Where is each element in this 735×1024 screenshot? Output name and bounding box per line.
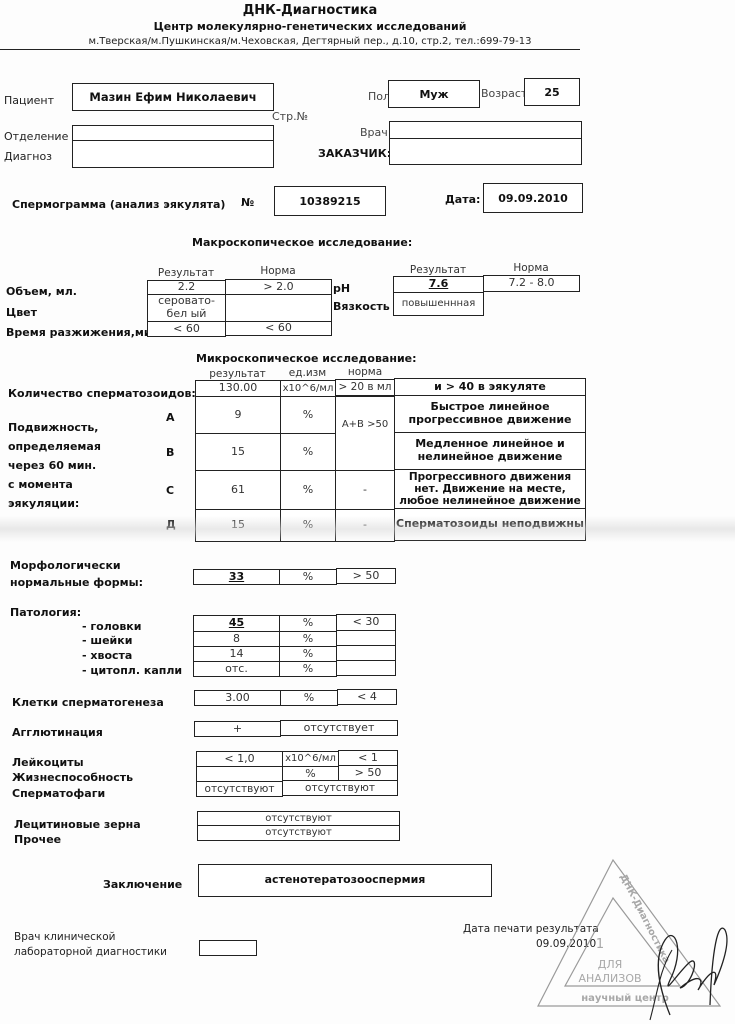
agglutination-label: Агглютинация bbox=[12, 726, 103, 739]
test-title: Спермограмма (анализ эякулята) bbox=[12, 198, 225, 211]
diagnosis-field bbox=[72, 140, 274, 168]
department-field bbox=[72, 125, 274, 141]
pathology-tail-norm bbox=[336, 645, 396, 661]
micro-col-norm: норма bbox=[335, 366, 395, 378]
leukocytes-unit: x10^6/мл bbox=[282, 751, 339, 767]
pathology-neck-norm bbox=[336, 630, 396, 646]
morphology-label-1: Морфологически bbox=[10, 559, 121, 572]
conclusion-value: астенотератозооспермия bbox=[198, 864, 492, 897]
pathology-head-norm: < 30 bbox=[336, 614, 396, 631]
ph-col-norm: Норма bbox=[483, 262, 579, 274]
sperm-count-norm: > 20 в мл bbox=[335, 379, 395, 396]
color-label: Цвет bbox=[6, 306, 37, 319]
motility-grade-c: С bbox=[166, 484, 174, 497]
patient-name-field: Мазин Ефим Николаевич bbox=[72, 83, 274, 111]
svg-text:1: 1 bbox=[596, 937, 604, 952]
department-label: Отделение bbox=[4, 130, 68, 143]
sex-field: Муж bbox=[388, 80, 480, 108]
morphology-norm: > 50 bbox=[336, 568, 396, 584]
spermatophages-norm: отсутствуют bbox=[282, 780, 398, 796]
leukocytes-label: Лейкоциты bbox=[12, 756, 84, 769]
pathology-droplet-result: отс. bbox=[193, 661, 280, 677]
motility-c-result: 61 bbox=[195, 470, 281, 510]
volume-result: 2.2 bbox=[147, 280, 226, 295]
pathology-head-label: - головки bbox=[82, 620, 141, 633]
pathology-neck-result: 8 bbox=[193, 631, 280, 647]
pathology-droplet-norm bbox=[336, 660, 396, 676]
pathology-tail-unit: % bbox=[279, 646, 337, 662]
ph-norm: 7.2 - 8.0 bbox=[483, 275, 580, 292]
morphology-result: 33 bbox=[193, 569, 280, 585]
micro-section-title: Микроскопическое исследование: bbox=[196, 352, 417, 365]
spermatogenesis-result: 3.00 bbox=[194, 690, 281, 706]
other-label: Прочее bbox=[14, 833, 61, 846]
svg-text:ДЛЯ: ДЛЯ bbox=[598, 958, 623, 971]
agglutination-norm: отсутствует bbox=[280, 720, 398, 736]
test-number-field: 10389215 bbox=[274, 186, 386, 216]
pathology-head-unit: % bbox=[279, 615, 337, 632]
liquefaction-result: < 60 bbox=[147, 321, 226, 337]
motility-c-description: Прогрессивного движения нет. Движение на… bbox=[394, 469, 586, 509]
volume-norm: > 2.0 bbox=[225, 279, 332, 295]
viscosity-result: повышеннная bbox=[393, 292, 484, 316]
viscosity-label: Вязкость bbox=[333, 300, 390, 313]
spermatogenesis-unit: % bbox=[280, 690, 338, 706]
spermatophages-result: отсутствуют bbox=[196, 781, 283, 797]
pathology-neck-label: - шейки bbox=[82, 634, 132, 647]
doctor-field bbox=[389, 121, 582, 139]
macro-col-result: Результат bbox=[147, 267, 225, 279]
ph-result: 7.6 bbox=[393, 276, 484, 293]
macro-section-title: Макроскопическое исследование: bbox=[192, 236, 412, 249]
leukocytes-result: < 1,0 bbox=[196, 751, 283, 767]
date-label: Дата: bbox=[445, 193, 480, 206]
conclusion-label: Заключение bbox=[103, 878, 182, 891]
customer-field bbox=[389, 138, 582, 165]
customer-label: ЗАКАЗЧИК: bbox=[318, 147, 391, 160]
morphology-unit: % bbox=[279, 569, 337, 585]
lecithin-value: отсутствуют bbox=[197, 811, 400, 826]
micro-col-unit: ед.изм bbox=[280, 367, 335, 379]
sperm-count-unit: x10^6/мл bbox=[280, 380, 336, 397]
morphology-label-2: нормальные формы: bbox=[10, 576, 143, 589]
lecithin-label: Лецитиновые зерна bbox=[14, 818, 141, 831]
viability-norm: > 50 bbox=[338, 765, 398, 781]
date-field: 09.09.2010 bbox=[483, 183, 583, 213]
motility-grade-b: В bbox=[166, 446, 174, 459]
viability-result bbox=[196, 766, 283, 782]
motility-label: Подвижность, определяемая через 60 мин. … bbox=[8, 418, 101, 513]
ph-col-result: Результат bbox=[393, 264, 483, 276]
age-field: 25 bbox=[524, 78, 580, 106]
motility-b-unit: % bbox=[280, 433, 336, 471]
age-label: Возраст bbox=[481, 87, 527, 100]
other-value: отсутствуют bbox=[197, 825, 400, 841]
micro-col-result: результат bbox=[195, 368, 280, 380]
test-number-label: № bbox=[241, 196, 254, 209]
liquefaction-norm: < 60 bbox=[225, 321, 332, 336]
header-divider bbox=[0, 49, 580, 50]
ph-label: pH bbox=[333, 282, 350, 295]
org-name: ДНК-Диагностика bbox=[0, 3, 620, 18]
motility-a-description: Быстрое линейное прогрессивное движение bbox=[394, 395, 586, 433]
leukocytes-norm: < 1 bbox=[338, 750, 398, 766]
pathology-droplet-label: - цитопл. капли bbox=[82, 664, 182, 677]
agglutination-result: + bbox=[194, 721, 281, 737]
motility-c-unit: % bbox=[280, 470, 336, 510]
color-result: серовато-бел ый bbox=[147, 294, 226, 322]
page-number-label: Стр.№ bbox=[272, 110, 308, 123]
pathology-head-result: 45 bbox=[193, 615, 280, 632]
motility-a-result: 9 bbox=[195, 396, 281, 434]
pathology-label: Патология: bbox=[10, 606, 81, 619]
sex-label: Пол bbox=[368, 90, 390, 103]
sperm-count-note: и > 40 в эякуляте bbox=[394, 378, 586, 396]
volume-label: Объем, мл. bbox=[6, 285, 77, 298]
scan-artifact bbox=[0, 516, 735, 542]
macro-col-norm: Норма bbox=[225, 265, 331, 277]
motility-grade-a: А bbox=[166, 411, 175, 424]
sperm-count-label: Количество сперматозоидов: bbox=[8, 387, 196, 400]
address: м.Тверская/м.Пушкинская/м.Чеховская, Дег… bbox=[0, 36, 620, 47]
patient-label: Пациент bbox=[4, 94, 54, 107]
motility-a-unit: % bbox=[280, 396, 336, 434]
motility-b-description: Медленное линейное и нелинейное движение bbox=[394, 432, 586, 470]
motility-c-norm: - bbox=[335, 470, 395, 510]
spermatophages-label: Сперматофаги bbox=[12, 787, 105, 800]
pathology-droplet-unit: % bbox=[279, 661, 337, 677]
motility-b-result: 15 bbox=[195, 433, 281, 471]
pathology-neck-unit: % bbox=[279, 631, 337, 647]
viability-label: Жизнеспособность bbox=[12, 771, 133, 784]
doctor-label: Врач bbox=[360, 126, 388, 139]
diagnosis-label: Диагноз bbox=[4, 150, 52, 163]
footer-doctor-field bbox=[199, 940, 257, 956]
liquefaction-label: Время разжижения,мин bbox=[6, 326, 159, 339]
pathology-tail-label: - хвоста bbox=[82, 649, 132, 662]
center-name: Центр молекулярно-генетических исследова… bbox=[0, 20, 620, 33]
signature-icon bbox=[630, 910, 735, 1024]
spermatogenesis-norm: < 4 bbox=[337, 689, 397, 705]
footer-doctor-label-1: Врач клинической bbox=[14, 931, 115, 943]
sperm-count-result: 130.00 bbox=[195, 380, 281, 397]
spermatogenesis-label: Клетки сперматогенеза bbox=[12, 696, 164, 709]
footer-doctor-label-2: лабораторной диагностики bbox=[14, 946, 167, 958]
color-norm bbox=[225, 294, 332, 322]
pathology-tail-result: 14 bbox=[193, 646, 280, 662]
motility-ab-norm: A+B >50 bbox=[335, 396, 395, 471]
